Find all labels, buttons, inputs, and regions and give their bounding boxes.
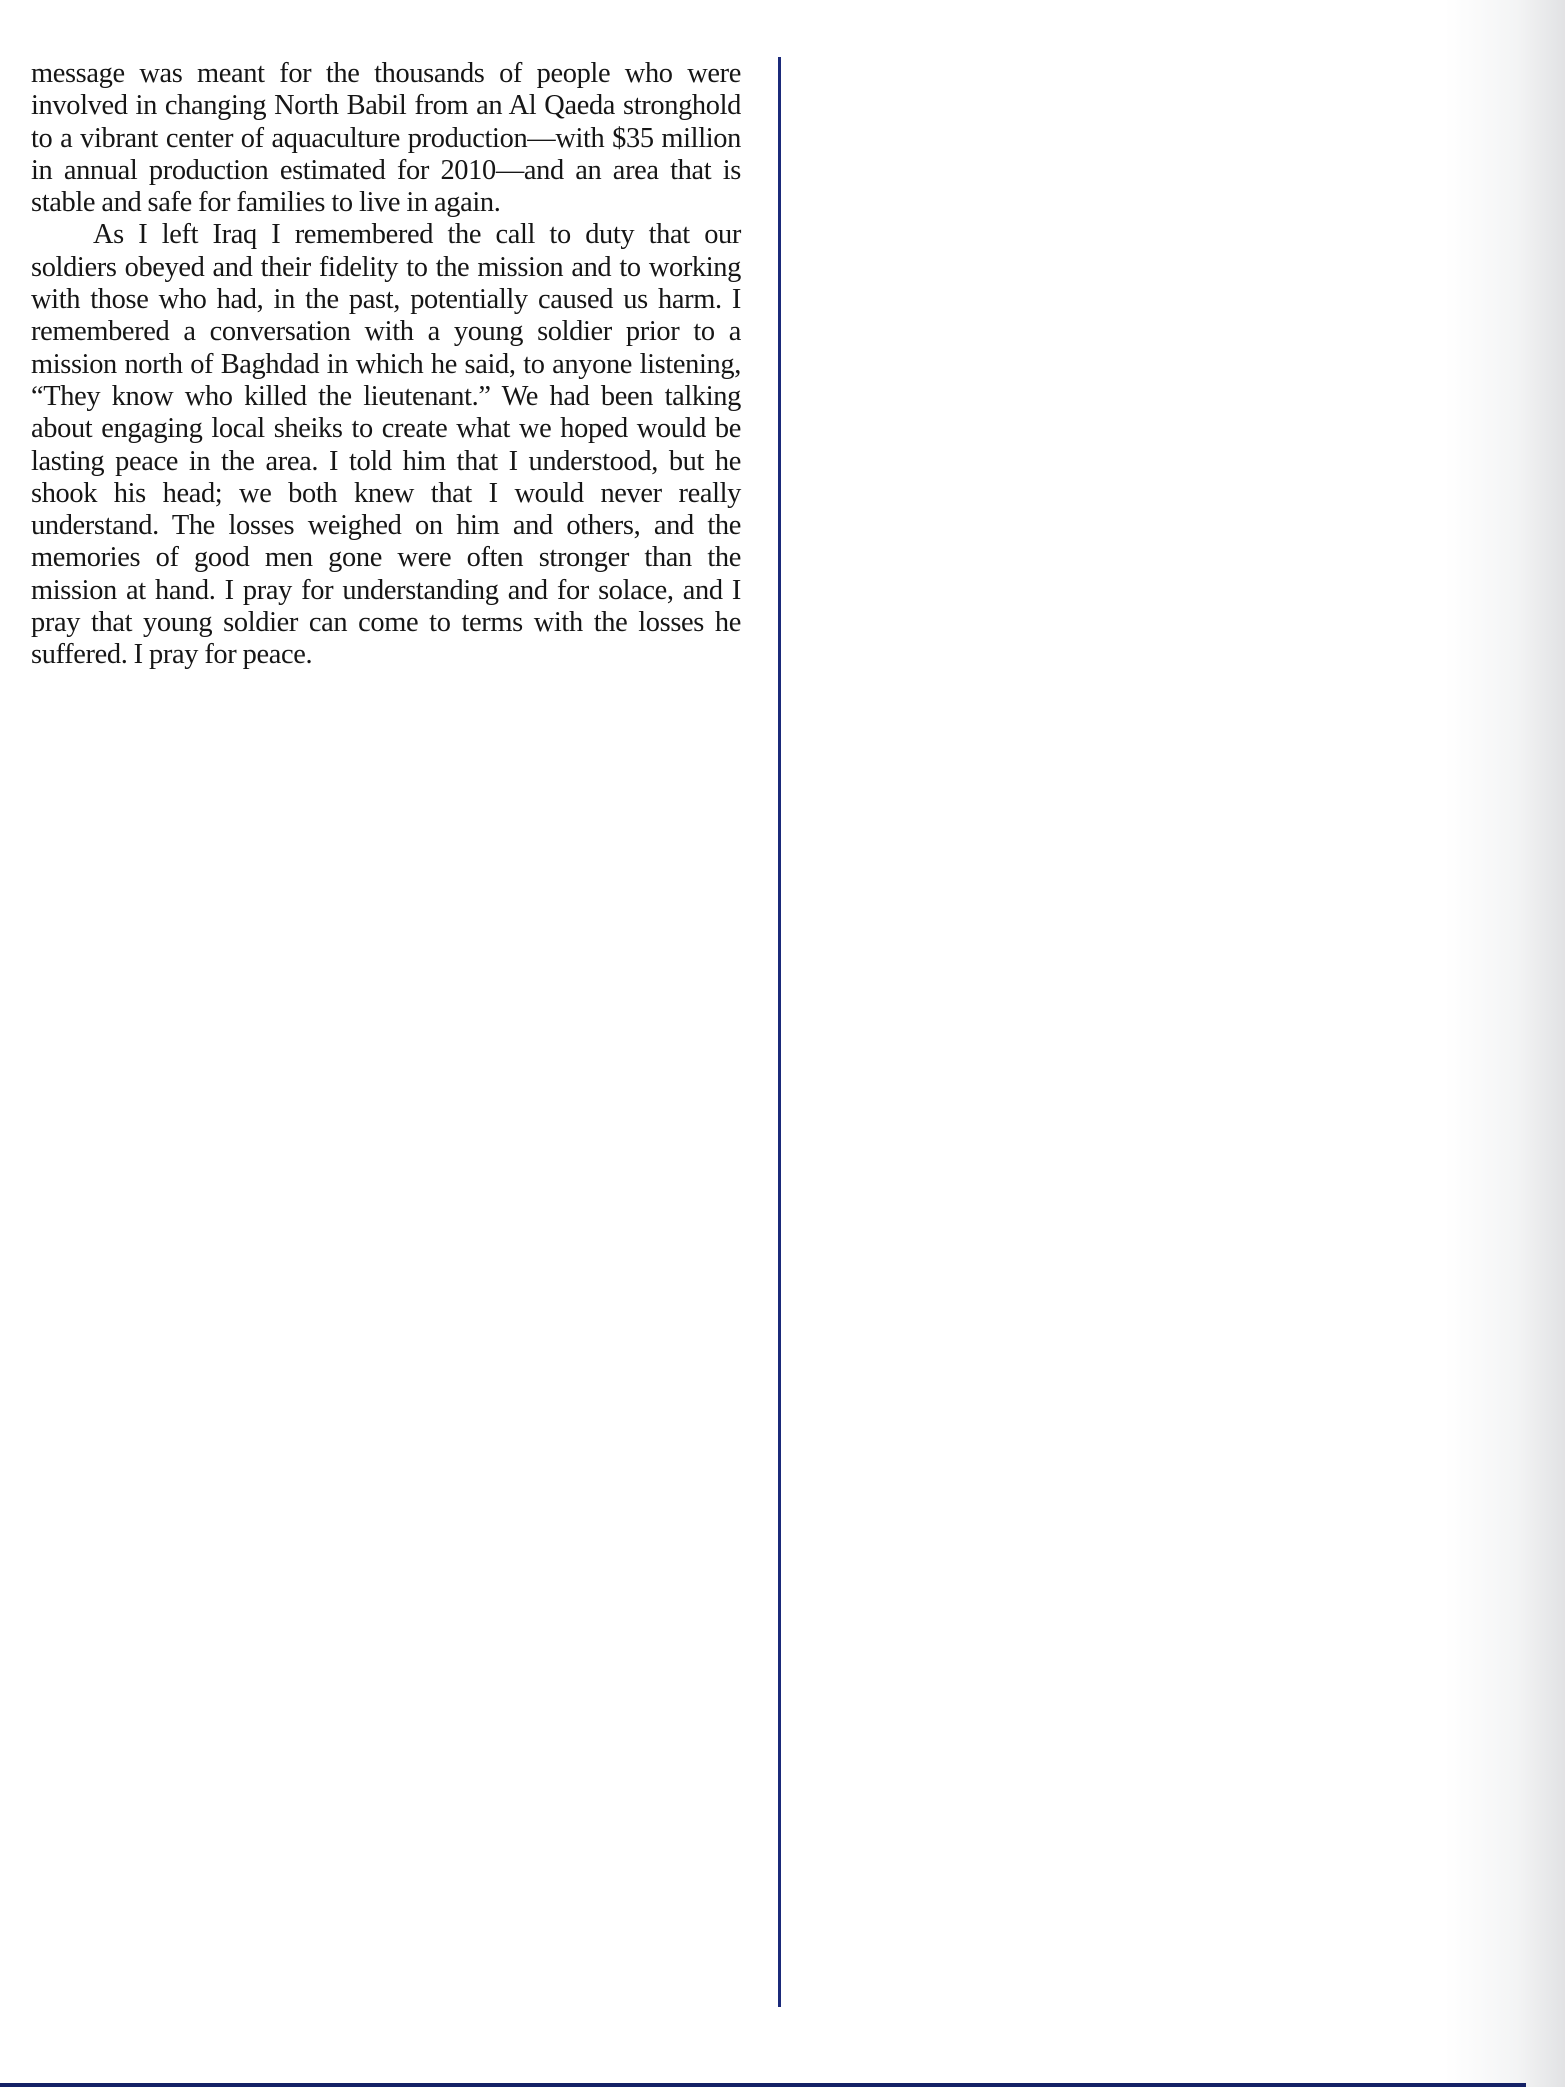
paragraph-reflection: As I left Iraq I remembered the call to …: [31, 219, 741, 671]
page-bottom-rule: [0, 2083, 1526, 2087]
paragraph-continuation: message was meant for the thousands of p…: [31, 58, 741, 219]
column-divider-rule: [778, 57, 781, 2007]
page-edge-shadow: [1445, 0, 1565, 2087]
text-column-left: message was meant for the thousands of p…: [31, 58, 741, 672]
